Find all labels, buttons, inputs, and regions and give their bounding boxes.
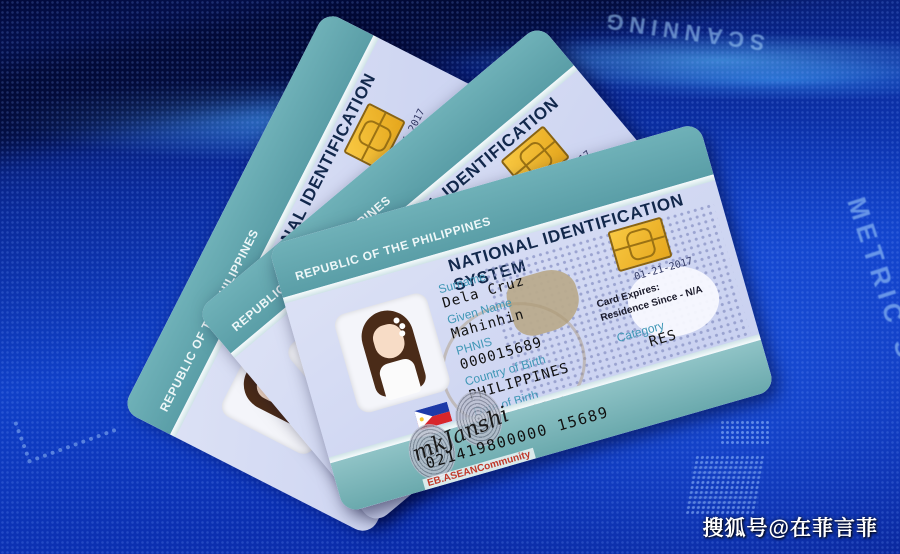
portrait-avatar (350, 303, 436, 405)
background-dot-block (685, 455, 766, 515)
watermark-text: 搜狐号@在菲言菲 (703, 512, 878, 542)
background-scanning-text: SCANNING (599, 7, 766, 56)
background-dot-block (720, 420, 770, 445)
background-metric-text: METRIC SCAN (840, 193, 900, 437)
photo-frame (332, 291, 452, 416)
background-chevron-shape (13, 390, 116, 463)
